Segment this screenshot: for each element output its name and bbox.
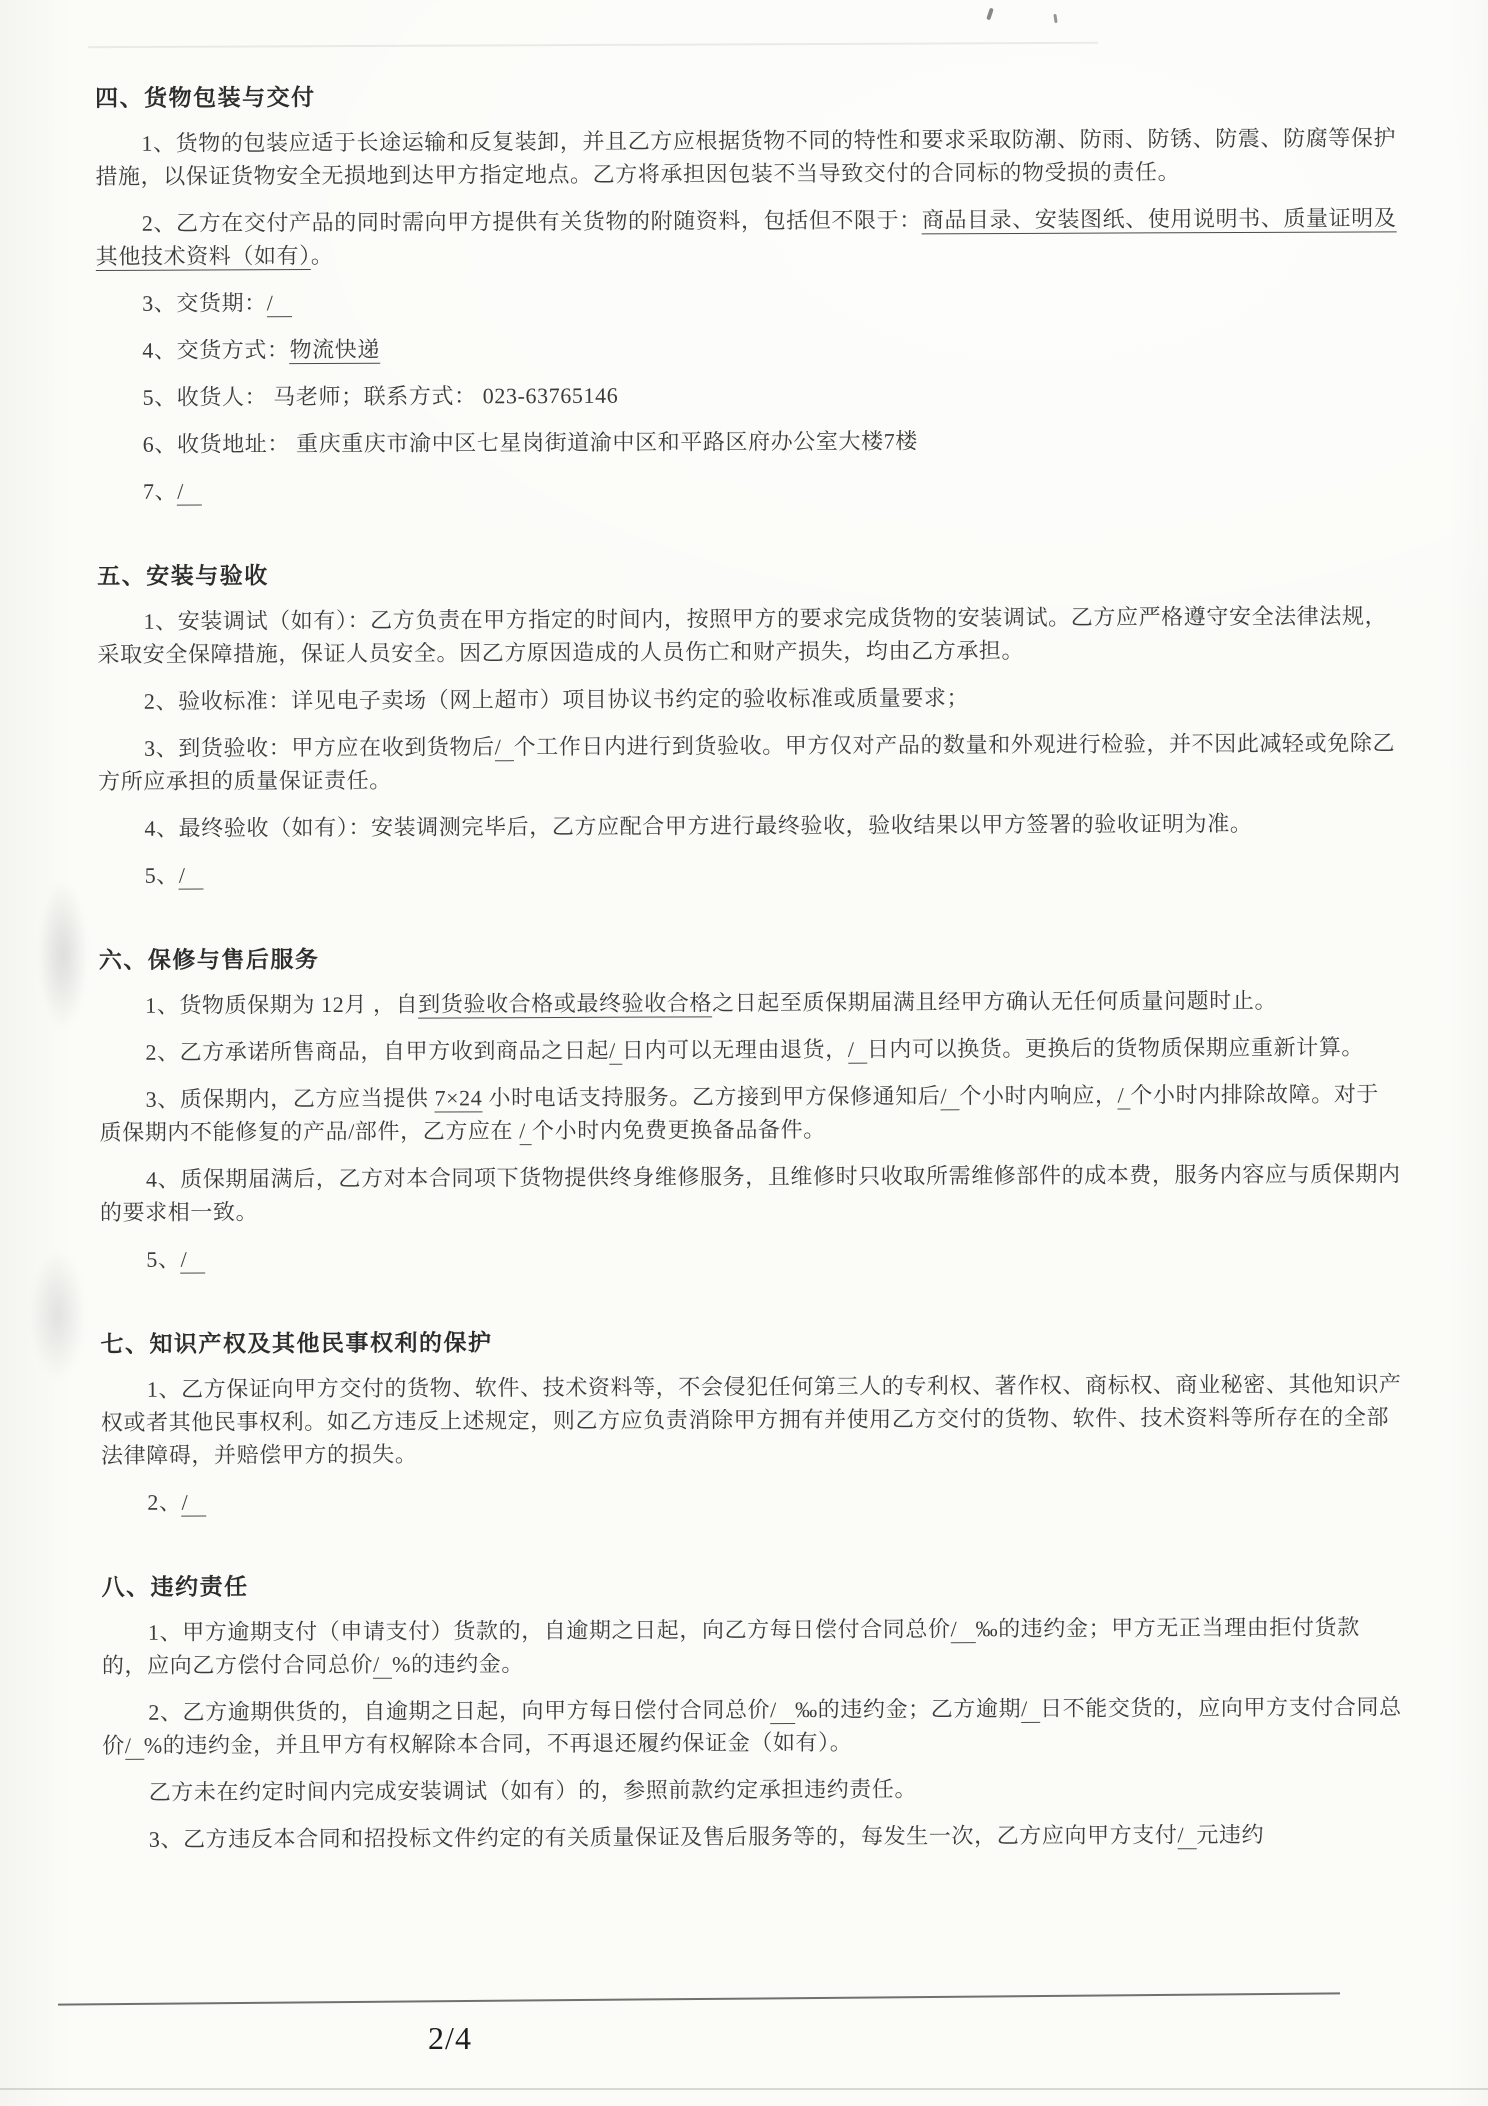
scan-artifact-mark (986, 8, 994, 21)
contract-clause: 乙方未在约定时间内完成安装调试（如有）的，参照前款约定承担违约责任。 (102, 1770, 1404, 1809)
clause-text: 。 (311, 243, 334, 268)
underlined-fill-in: / (495, 734, 514, 761)
clause-text: 2、 (147, 1490, 181, 1515)
underlined-fill-in: 到货验收合格或最终验收合格 (418, 990, 712, 1018)
contract-clause: 1、安装调试（如有）：乙方负责在甲方指定的时间内，按照甲方的要求完成货物的安装调… (97, 599, 1399, 671)
underlined-fill-in: / (1177, 1822, 1196, 1849)
clause-text: 2、乙方承诺所售商品，自甲方收到商品之日起 (145, 1038, 609, 1065)
clause-text: 2、乙方在交付产品的同时需向甲方提供有关货物的附随资料，包括但不限于： (142, 207, 922, 235)
clause-text: 3、到货验收：甲方应在收到货物后 (144, 734, 495, 761)
underlined-fill-in: / (267, 290, 292, 317)
scan-artifact-mark (1053, 14, 1057, 23)
underlined-fill-in: / (770, 1697, 795, 1724)
clause-text: 4、最终验收（如有）：安装调测完毕后，乙方应配合甲方进行最终验收，验收结果以甲方… (144, 811, 1252, 841)
clause-text: 日内可以无理由退货， (622, 1037, 848, 1063)
clause-text: 7、 (143, 479, 177, 504)
underlined-fill-in: / (1021, 1696, 1040, 1723)
clause-text: %的违约金。 (392, 1651, 524, 1677)
scan-artifact-smudge (38, 880, 88, 1030)
clause-text: 日内可以换货。更换后的货物质保期应重新计算。 (867, 1034, 1364, 1061)
contract-clause: 1、货物质保期为 12月 ，自到货验收合格或最终验收合格之日起至质保期届满且经甲… (99, 983, 1401, 1022)
contract-section: 五、安装与验收1、安装调试（如有）：乙方负责在甲方指定的时间内，按照甲方的要求完… (97, 552, 1400, 892)
clause-text: 个小时内响应， (959, 1083, 1117, 1109)
contract-clause: 2、验收标准：详见电子卖场（网上超市）项目协议书约定的验收标准或质量要求； (98, 679, 1400, 718)
contract-section: 六、保修与售后服务1、货物质保期为 12月 ，自到货验收合格或最终验收合格之日起… (99, 936, 1402, 1276)
underlined-fill-in: / (609, 1038, 622, 1065)
contract-clause: 3、到货验收：甲方应在收到货物后/ 个工作日内进行到货验收。甲方仅对产品的数量和… (98, 726, 1400, 798)
contract-clause: 3、交货期：/ (96, 281, 1398, 320)
clause-text: 5、收货人： 马老师；联系方式： 023-63765146 (143, 383, 619, 410)
contract-clause: 5、/ (100, 1237, 1402, 1276)
contract-section: 四、货物包装与交付1、货物的包装应适于长途运输和反复装卸，并且乙方应根据货物不同… (95, 74, 1399, 508)
contract-section: 七、知识产权及其他民事权利的保护1、乙方保证向甲方交付的货物、软件、技术资料等，… (100, 1320, 1403, 1519)
underlined-fill-in: / (373, 1652, 392, 1679)
section-title: 八、违约责任 (101, 1563, 1403, 1602)
clause-text: 1、货物的包装应适于长途运输和反复装卸，并且乙方应根据货物不同的特性和要求采取防… (95, 125, 1396, 189)
contract-clause: 4、最终验收（如有）：安装调测完毕后，乙方应配合甲方进行最终验收，验收结果以甲方… (98, 806, 1400, 845)
contract-clause: 2、乙方承诺所售商品，自甲方收到商品之日起/ 日内可以无理由退货，/ 日内可以换… (99, 1030, 1401, 1069)
contract-clause: 3、乙方违反本合同和招投标文件约定的有关质量保证及售后服务等的，每发生一次，乙方… (103, 1817, 1405, 1856)
underlined-fill-in: / (182, 1490, 207, 1517)
underlined-fill-in: / (180, 1247, 205, 1274)
clause-text: 3、交货期： (142, 290, 267, 316)
document-body: 四、货物包装与交付1、货物的包装应适于长途运输和反复装卸，并且乙方应根据货物不同… (95, 74, 1405, 1906)
underlined-fill-in: 7×24 (434, 1085, 482, 1112)
clause-text: 4、质保期届满后，乙方对本合同项下货物提供终身维修服务，且维修时只收取所需维修部… (100, 1161, 1401, 1225)
scan-edge-line (0, 2088, 1488, 2090)
page-number: 2/4 (0, 2020, 900, 2057)
underlined-fill-in: / (940, 1083, 959, 1110)
section-title: 五、安装与验收 (97, 552, 1399, 591)
clause-text: 小时电话支持服务。乙方接到甲方保修通知后 (482, 1083, 940, 1110)
scan-artifact-smudge (30, 1250, 86, 1380)
contract-clause: 7、/ (97, 469, 1399, 508)
section-title: 六、保修与售后服务 (99, 936, 1401, 975)
section-title: 七、知识产权及其他民事权利的保护 (100, 1320, 1402, 1359)
clause-text: 6、收货地址： 重庆重庆市渝中区七星岗街道渝中区和平路区府办公室大楼7楼 (143, 428, 918, 456)
clause-text: 之日起至质保期届满且经甲方确认无任何质量问题时止。 (712, 988, 1277, 1015)
contract-clause: 1、甲方逾期支付（申请支付）货款的，自逾期之日起，向乙方每日偿付合同总价/ ‰的… (102, 1610, 1404, 1682)
clause-text: 1、货物质保期为 12月 ，自 (145, 992, 418, 1018)
clause-text: %的违约金，并且甲方有权解除本合同，不再退还履约保证金（如有）。 (144, 1730, 853, 1758)
footer-divider (58, 1992, 1340, 2005)
clause-text: ‰的违约金；乙方逾期 (795, 1696, 1021, 1722)
underlined-fill-in: / (179, 863, 204, 890)
contract-clause: 1、乙方保证向甲方交付的货物、软件、技术资料等，不会侵犯任何第三人的专利权、著作… (101, 1367, 1403, 1472)
contract-clause: 3、质保期内，乙方应当提供 7×24 小时电话支持服务。乙方接到甲方保修通知后/… (99, 1077, 1401, 1149)
clause-text: 1、甲方逾期支付（申请支付）货款的，自逾期之日起，向乙方每日偿付合同总价 (148, 1616, 951, 1645)
clause-text: 1、乙方保证向甲方交付的货物、软件、技术资料等，不会侵犯任何第三人的专利权、著作… (101, 1371, 1402, 1468)
clause-text: 元违约 (1196, 1822, 1264, 1847)
contract-clause: 5、/ (98, 853, 1400, 892)
clause-text: 5、 (145, 863, 179, 888)
underlined-fill-in: / (177, 479, 202, 506)
contract-clause: 6、收货地址： 重庆重庆市渝中区七星岗街道渝中区和平路区府办公室大楼7楼 (97, 422, 1399, 461)
clause-text: 乙方未在约定时间内完成安装调试（如有）的，参照前款约定承担违约责任。 (149, 1776, 918, 1804)
clause-text: 4、交货方式： (142, 337, 289, 363)
contract-clause: 5、收货人： 马老师；联系方式： 023-63765146 (96, 375, 1398, 414)
clause-text: 个小时内免费更换备品备件。 (532, 1117, 826, 1143)
underlined-fill-in: / (1118, 1082, 1131, 1109)
clause-text: 2、乙方逾期供货的，自逾期之日起，向甲方每日偿付合同总价 (148, 1697, 770, 1725)
scan-artifact-streak (88, 42, 1098, 48)
contract-section: 八、违约责任1、甲方逾期支付（申请支付）货款的，自逾期之日起，向乙方每日偿付合同… (101, 1563, 1404, 1856)
section-title: 四、货物包装与交付 (95, 74, 1397, 113)
contract-clause: 1、货物的包装应适于长途运输和反复装卸，并且乙方应根据货物不同的特性和要求采取防… (95, 121, 1397, 193)
contract-clause: 2、/ (101, 1480, 1403, 1519)
clause-text: 1、安装调试（如有）：乙方负责在甲方指定的时间内，按照甲方的要求完成货物的安装调… (97, 603, 1387, 667)
clause-text: 3、乙方违反本合同和招投标文件约定的有关质量保证及售后服务等的，每发生一次，乙方… (149, 1822, 1178, 1851)
contract-clause: 2、乙方在交付产品的同时需向甲方提供有关货物的附随资料，包括但不限于：商品目录、… (96, 201, 1398, 273)
underlined-fill-in: 物流快递 (290, 337, 381, 364)
clause-text: 5、 (146, 1247, 180, 1272)
contract-clause: 4、交货方式：物流快递 (96, 328, 1398, 367)
underlined-fill-in: / (125, 1733, 144, 1760)
underlined-fill-in: / (519, 1118, 532, 1145)
underlined-fill-in: / (951, 1616, 976, 1643)
contract-clause: 4、质保期届满后，乙方对本合同项下货物提供终身维修服务，且维修时只收取所需维修部… (100, 1157, 1402, 1229)
contract-clause: 2、乙方逾期供货的，自逾期之日起，向甲方每日偿付合同总价/ ‰的违约金；乙方逾期… (102, 1690, 1404, 1762)
clause-text: 3、质保期内，乙方应当提供 (146, 1086, 435, 1112)
underlined-fill-in: / (848, 1037, 867, 1064)
clause-text: 2、验收标准：详见电子卖场（网上超市）项目协议书约定的验收标准或质量要求； (144, 685, 969, 714)
